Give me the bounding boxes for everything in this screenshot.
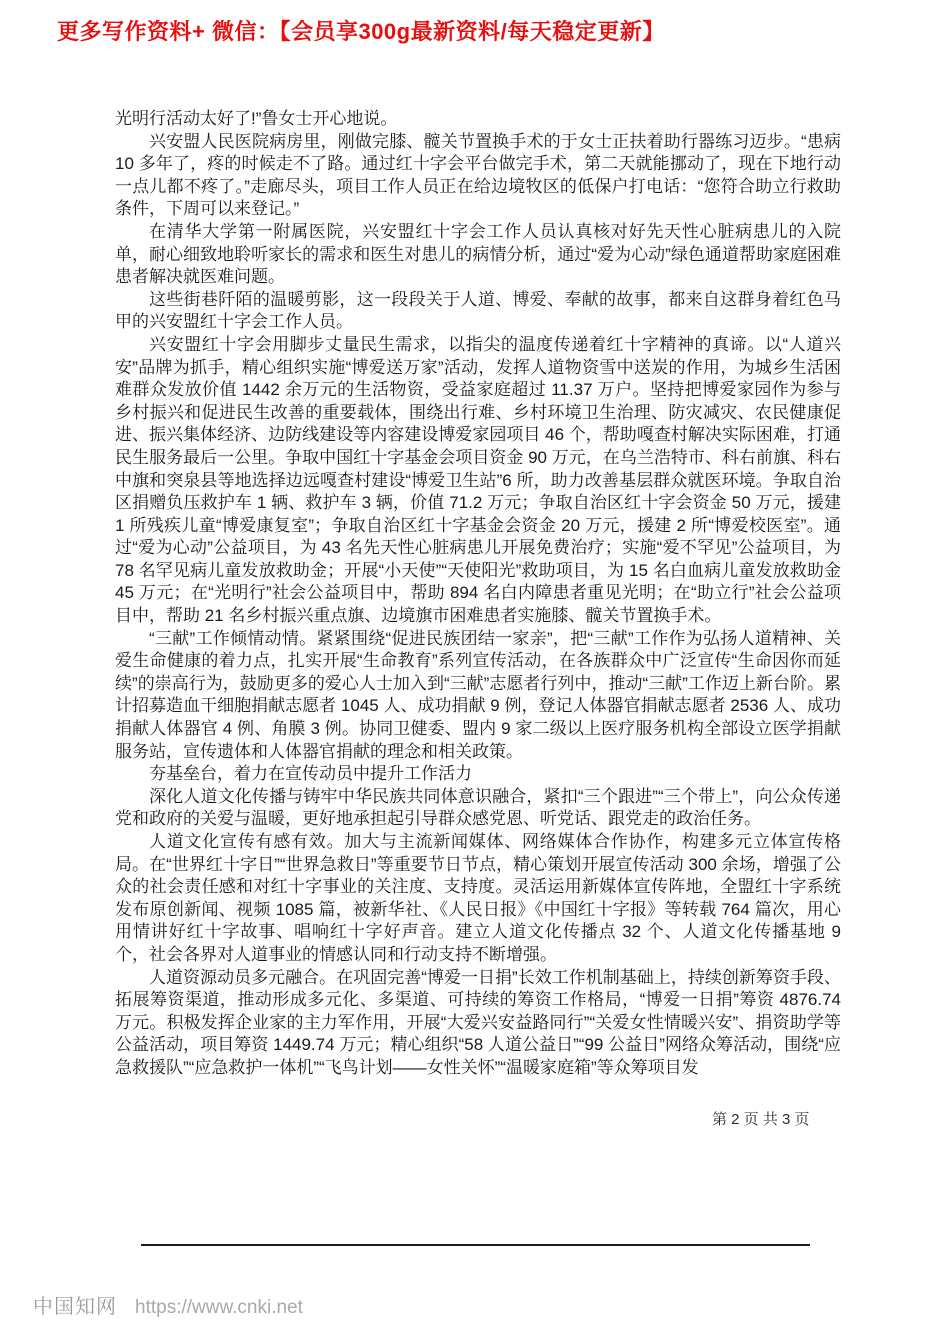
paragraph: “三献”工作倾情动情。紧紧围绕“促进民族团结一家亲”，把“三献”工作作为弘扬人道… (115, 628, 841, 764)
paragraph: 这些街巷阡陌的温暖剪影，这一段段关于人道、博爱、奉献的故事，都来自这群身着红色马… (115, 289, 841, 334)
document-page: 更多写作资料+ 微信：【会员享300g最新资料/每天稳定更新】 光明行活动太好了… (0, 0, 950, 1344)
paragraph: 在清华大学第一附属医院，兴安盟红十字会工作人员认真核对好先天性心脏病患儿的入院单… (115, 221, 841, 289)
paragraph: 人道资源动员多元融合。在巩固完善“博爱一日捐”长效工作机制基础上，持续创新筹资手… (115, 967, 841, 1080)
cnki-logo-text: 中国知网 (33, 1290, 117, 1319)
paragraph: 光明行活动太好了!”鲁女士开心地说。 (115, 108, 841, 131)
divider-line (141, 1244, 810, 1246)
document-body: 光明行活动太好了!”鲁女士开心地说。兴安盟人民医院病房里，刚做完膝、髋关节置换手… (115, 108, 841, 1080)
paragraph: 兴安盟人民医院病房里，刚做完膝、髋关节置换手术的于女士正扶着助行器练习迈步。“患… (115, 131, 841, 221)
promo-banner-text: 更多写作资料+ 微信：【会员享300g最新资料/每天稳定更新】 (57, 15, 665, 46)
paragraph: 夯基垒台，着力在宣传动员中提升工作活力 (115, 763, 841, 786)
paragraph: 人道文化宣传有感有效。加大与主流新闻媒体、网络媒体合作协作，构建多元立体宣传格局… (115, 831, 841, 967)
paragraph: 兴安盟红十字会用脚步丈量民生需求，以指尖的温度传递着红十字精神的真谛。以“人道兴… (115, 334, 841, 628)
paragraph: 深化人道文化传播与铸牢中华民族共同体意识融合，紧扣“三个跟进”“三个带上”，向公… (115, 786, 841, 831)
page-indicator: 第 2 页 共 3 页 (712, 1108, 810, 1129)
cnki-branding: 中国知网 https://www.cnki.net (33, 1290, 303, 1319)
cnki-url-text: https://www.cnki.net (135, 1297, 303, 1319)
